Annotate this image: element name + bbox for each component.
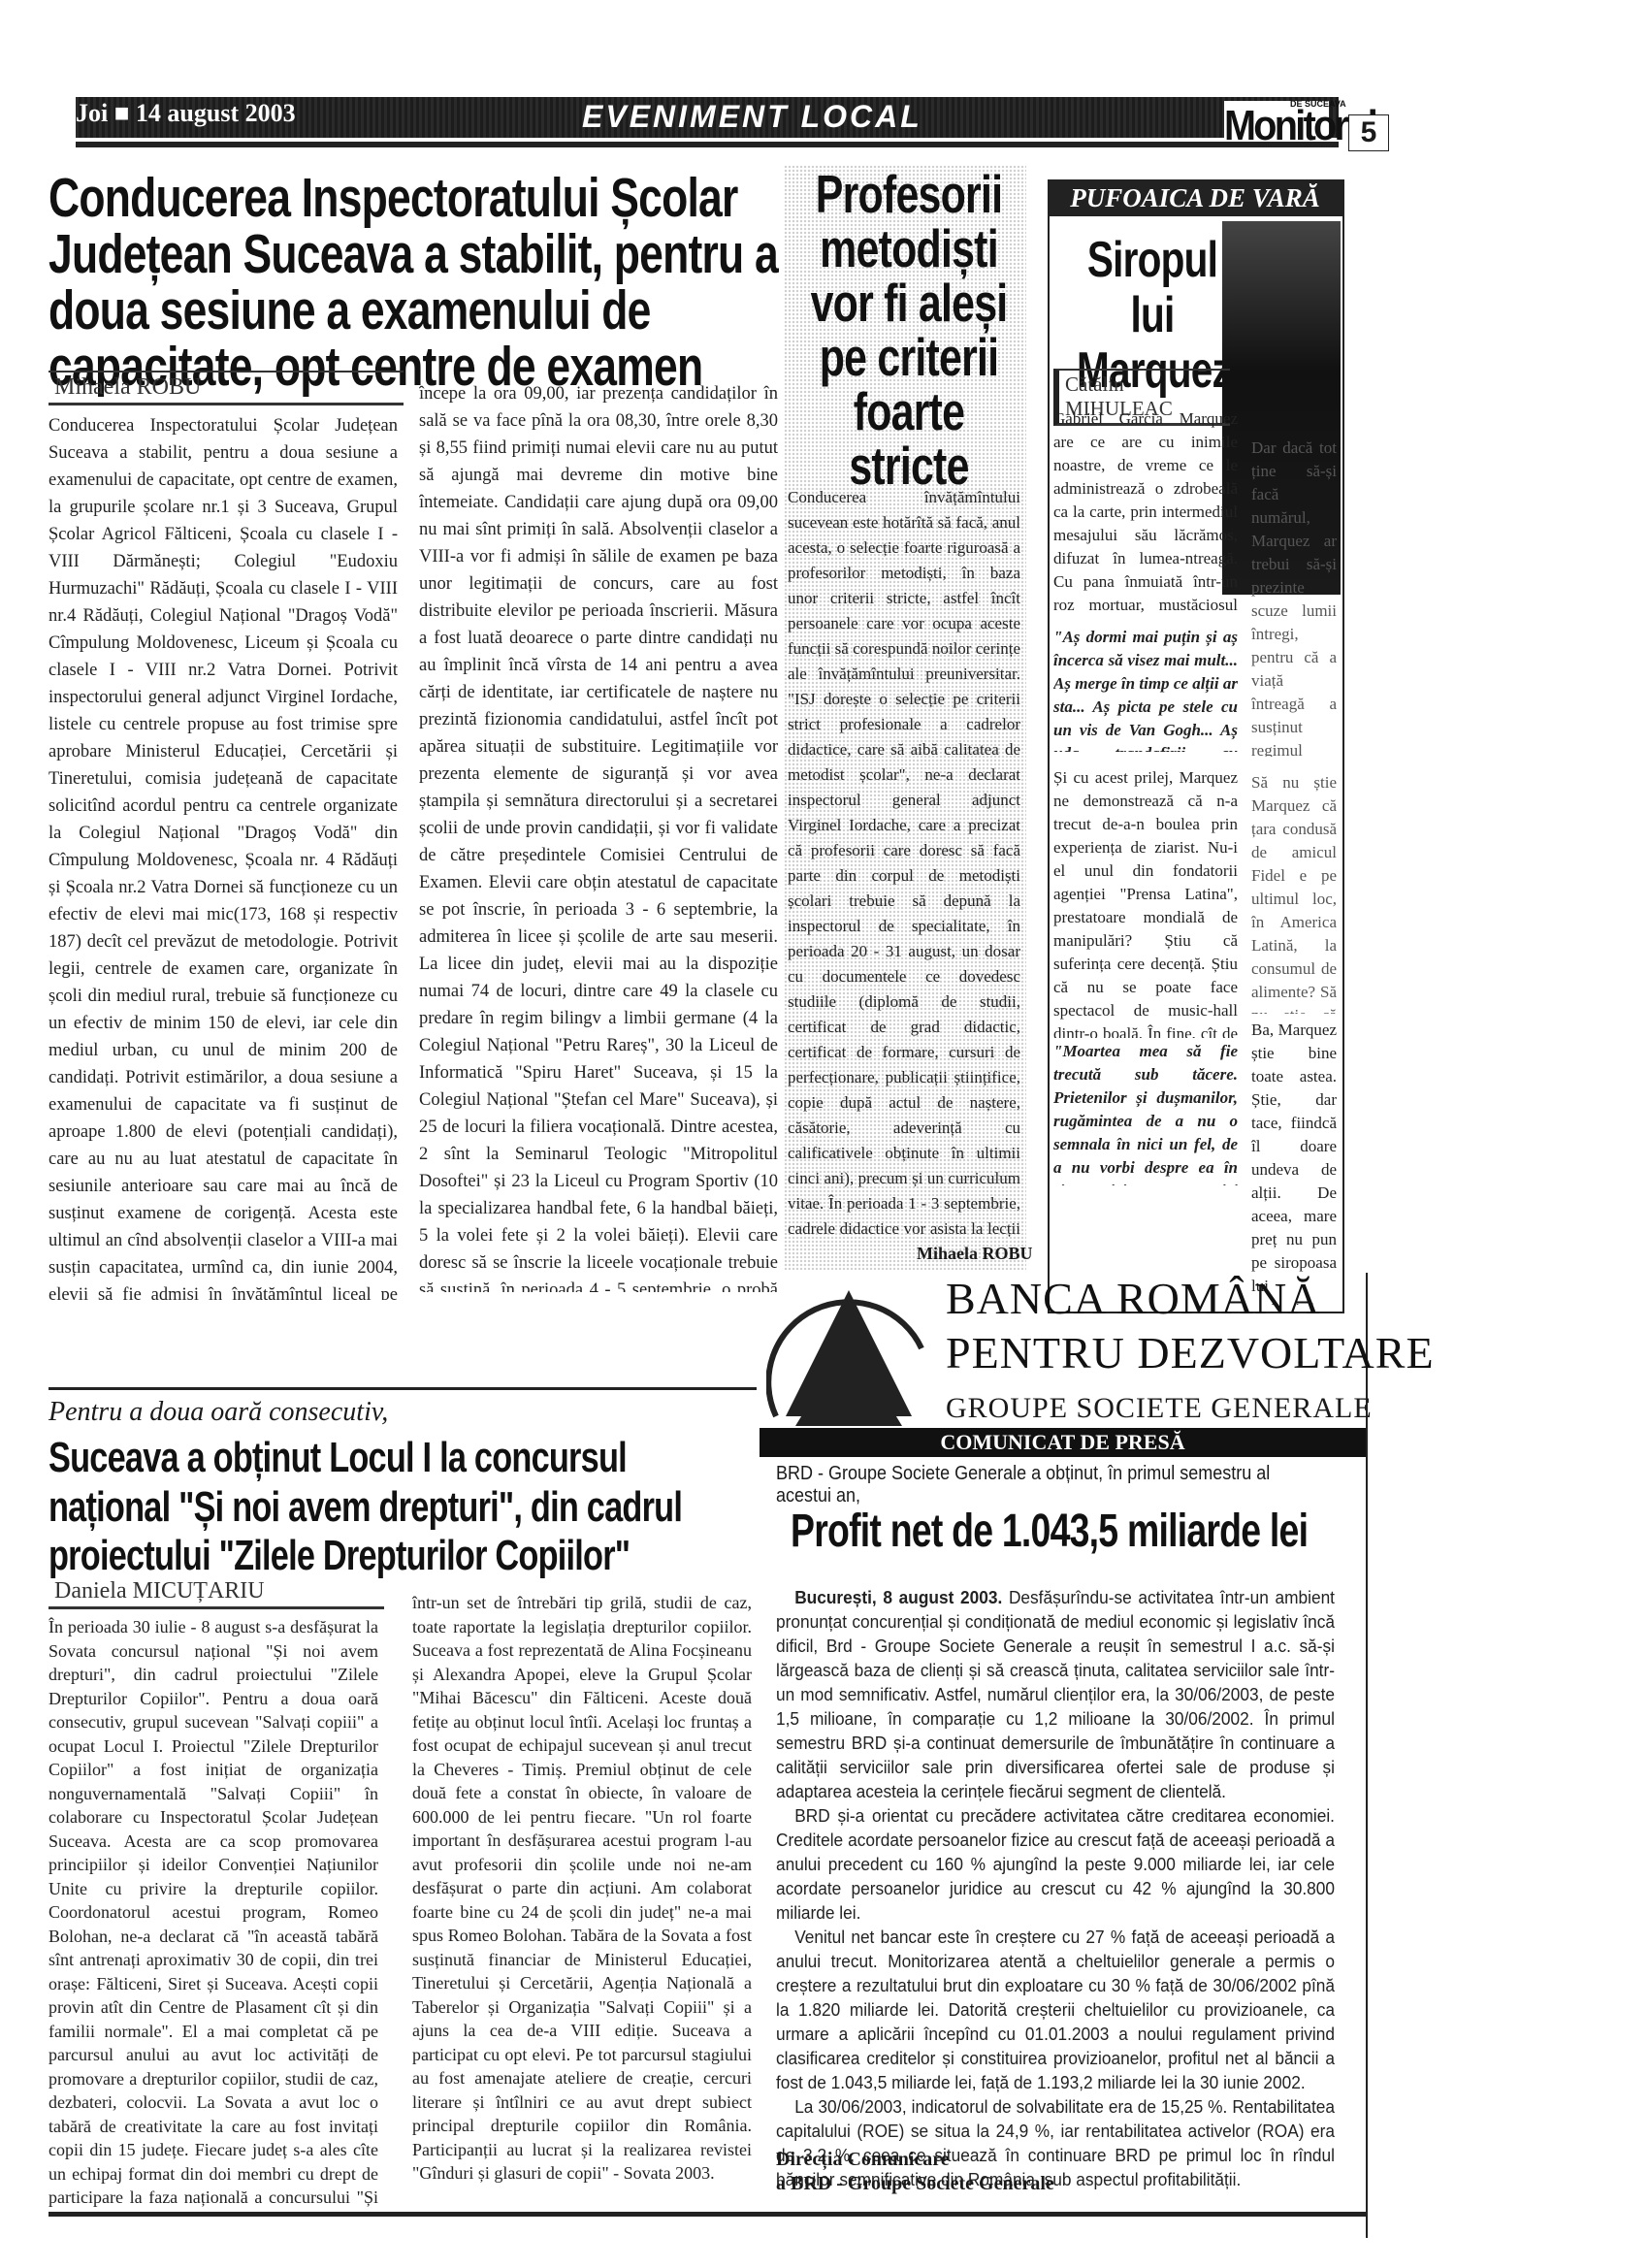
- sovata-headline: Suceava a obținut Locul I la concursul n…: [48, 1434, 729, 1581]
- press-release-signature-2: a BRD - Groupe Societe Generale: [776, 2173, 1054, 2195]
- brd-logo-icon: [766, 1261, 931, 1426]
- press-release-dateline: București, 8 august 2003.: [794, 1588, 1002, 1607]
- newspaper-logo-subtitle: DE SUCEAVA: [1290, 99, 1346, 109]
- pufoaica-col1b: Și cu acest prilej, Marquez ne demonstre…: [1053, 766, 1238, 1038]
- page-number: 5: [1348, 114, 1389, 151]
- pufoaica-quote-2: "Moartea mea să fie trecută sub tăcere. …: [1053, 1040, 1238, 1185]
- press-release-signature-1: Direcția Comunicare: [776, 2149, 950, 2171]
- sovata-byline: Daniela MICUȚARIU: [48, 1576, 384, 1609]
- pufoaica-col2: Dar dacă tot ține să-și facă numărul, Ma…: [1251, 437, 1337, 757]
- profesori-signature: Mihaela ROBU: [917, 1244, 1033, 1264]
- brd-title-line-1: BANCA ROMÂNĂ: [946, 1273, 1320, 1324]
- pufoaica-col2b: Să nu știe Marquez că țara condusă de am…: [1251, 771, 1337, 1014]
- press-release-p3: Venitul net bancar este în creștere cu 2…: [776, 1926, 1335, 2095]
- press-release-p2: BRD și-a orientat cu precădere activitat…: [776, 1804, 1335, 1926]
- brd-group-name: GROUPE SOCIETE GENERALE: [946, 1392, 1373, 1425]
- exam-article-column-1: Conducerea Inspectoratului Școlar Județe…: [48, 412, 398, 1300]
- exam-article-headline: Conducerea Inspectoratului Școlar Județe…: [48, 170, 805, 396]
- sovata-kicker: Pentru a doua oară consecutiv,: [48, 1397, 388, 1428]
- press-release-body: București, 8 august 2003. Desfășurîndu-s…: [776, 1586, 1335, 2192]
- press-release-band: COMUNICAT DE PRESĂ: [760, 1428, 1366, 1457]
- brd-title-line-2: PENTRU DEZVOLTARE: [946, 1327, 1435, 1378]
- pufoaica-col2c: Ba, Marquez știe bine toate astea. Știe,…: [1251, 1019, 1337, 1305]
- exam-article-column-2: începe la ora 09,00, iar prezența candid…: [419, 380, 778, 1292]
- pufoaica-band: PUFOAICA DE VARĂ: [1048, 179, 1342, 216]
- sovata-column-2: într-un set de întrebări tip grilă, stud…: [412, 1591, 752, 2207]
- sovata-column-1: În perioada 30 iulie - 8 august s-a desf…: [48, 1615, 378, 2207]
- masthead-rule: [76, 142, 1339, 147]
- press-release-headline: Profit net de 1.043,5 miliarde lei: [791, 1508, 1320, 1556]
- section-rule: [48, 1387, 757, 1390]
- exam-article-byline: Mihaela ROBU: [48, 371, 404, 405]
- pufoaica-col1: Gabriel Garcia Marquez are ce are cu ini…: [1053, 407, 1238, 621]
- press-release-p1: Desfășurîndu-se activitatea într-un ambi…: [776, 1588, 1335, 1801]
- profesori-headline: Profesorii metodiști vor fi aleși pe cri…: [795, 167, 1022, 494]
- press-release-intro: BRD - Groupe Societe Generale a obținut,…: [776, 1463, 1300, 1507]
- section-title: EVENIMENT LOCAL: [582, 99, 922, 135]
- pufoaica-quote-1: "Aș dormi mai puțin și aș încerca să vis…: [1053, 626, 1238, 752]
- issue-date: Joi ■ 14 august 2003: [76, 99, 296, 128]
- profesori-body: Conducerea învățămîntului sucevean este …: [788, 485, 1020, 1237]
